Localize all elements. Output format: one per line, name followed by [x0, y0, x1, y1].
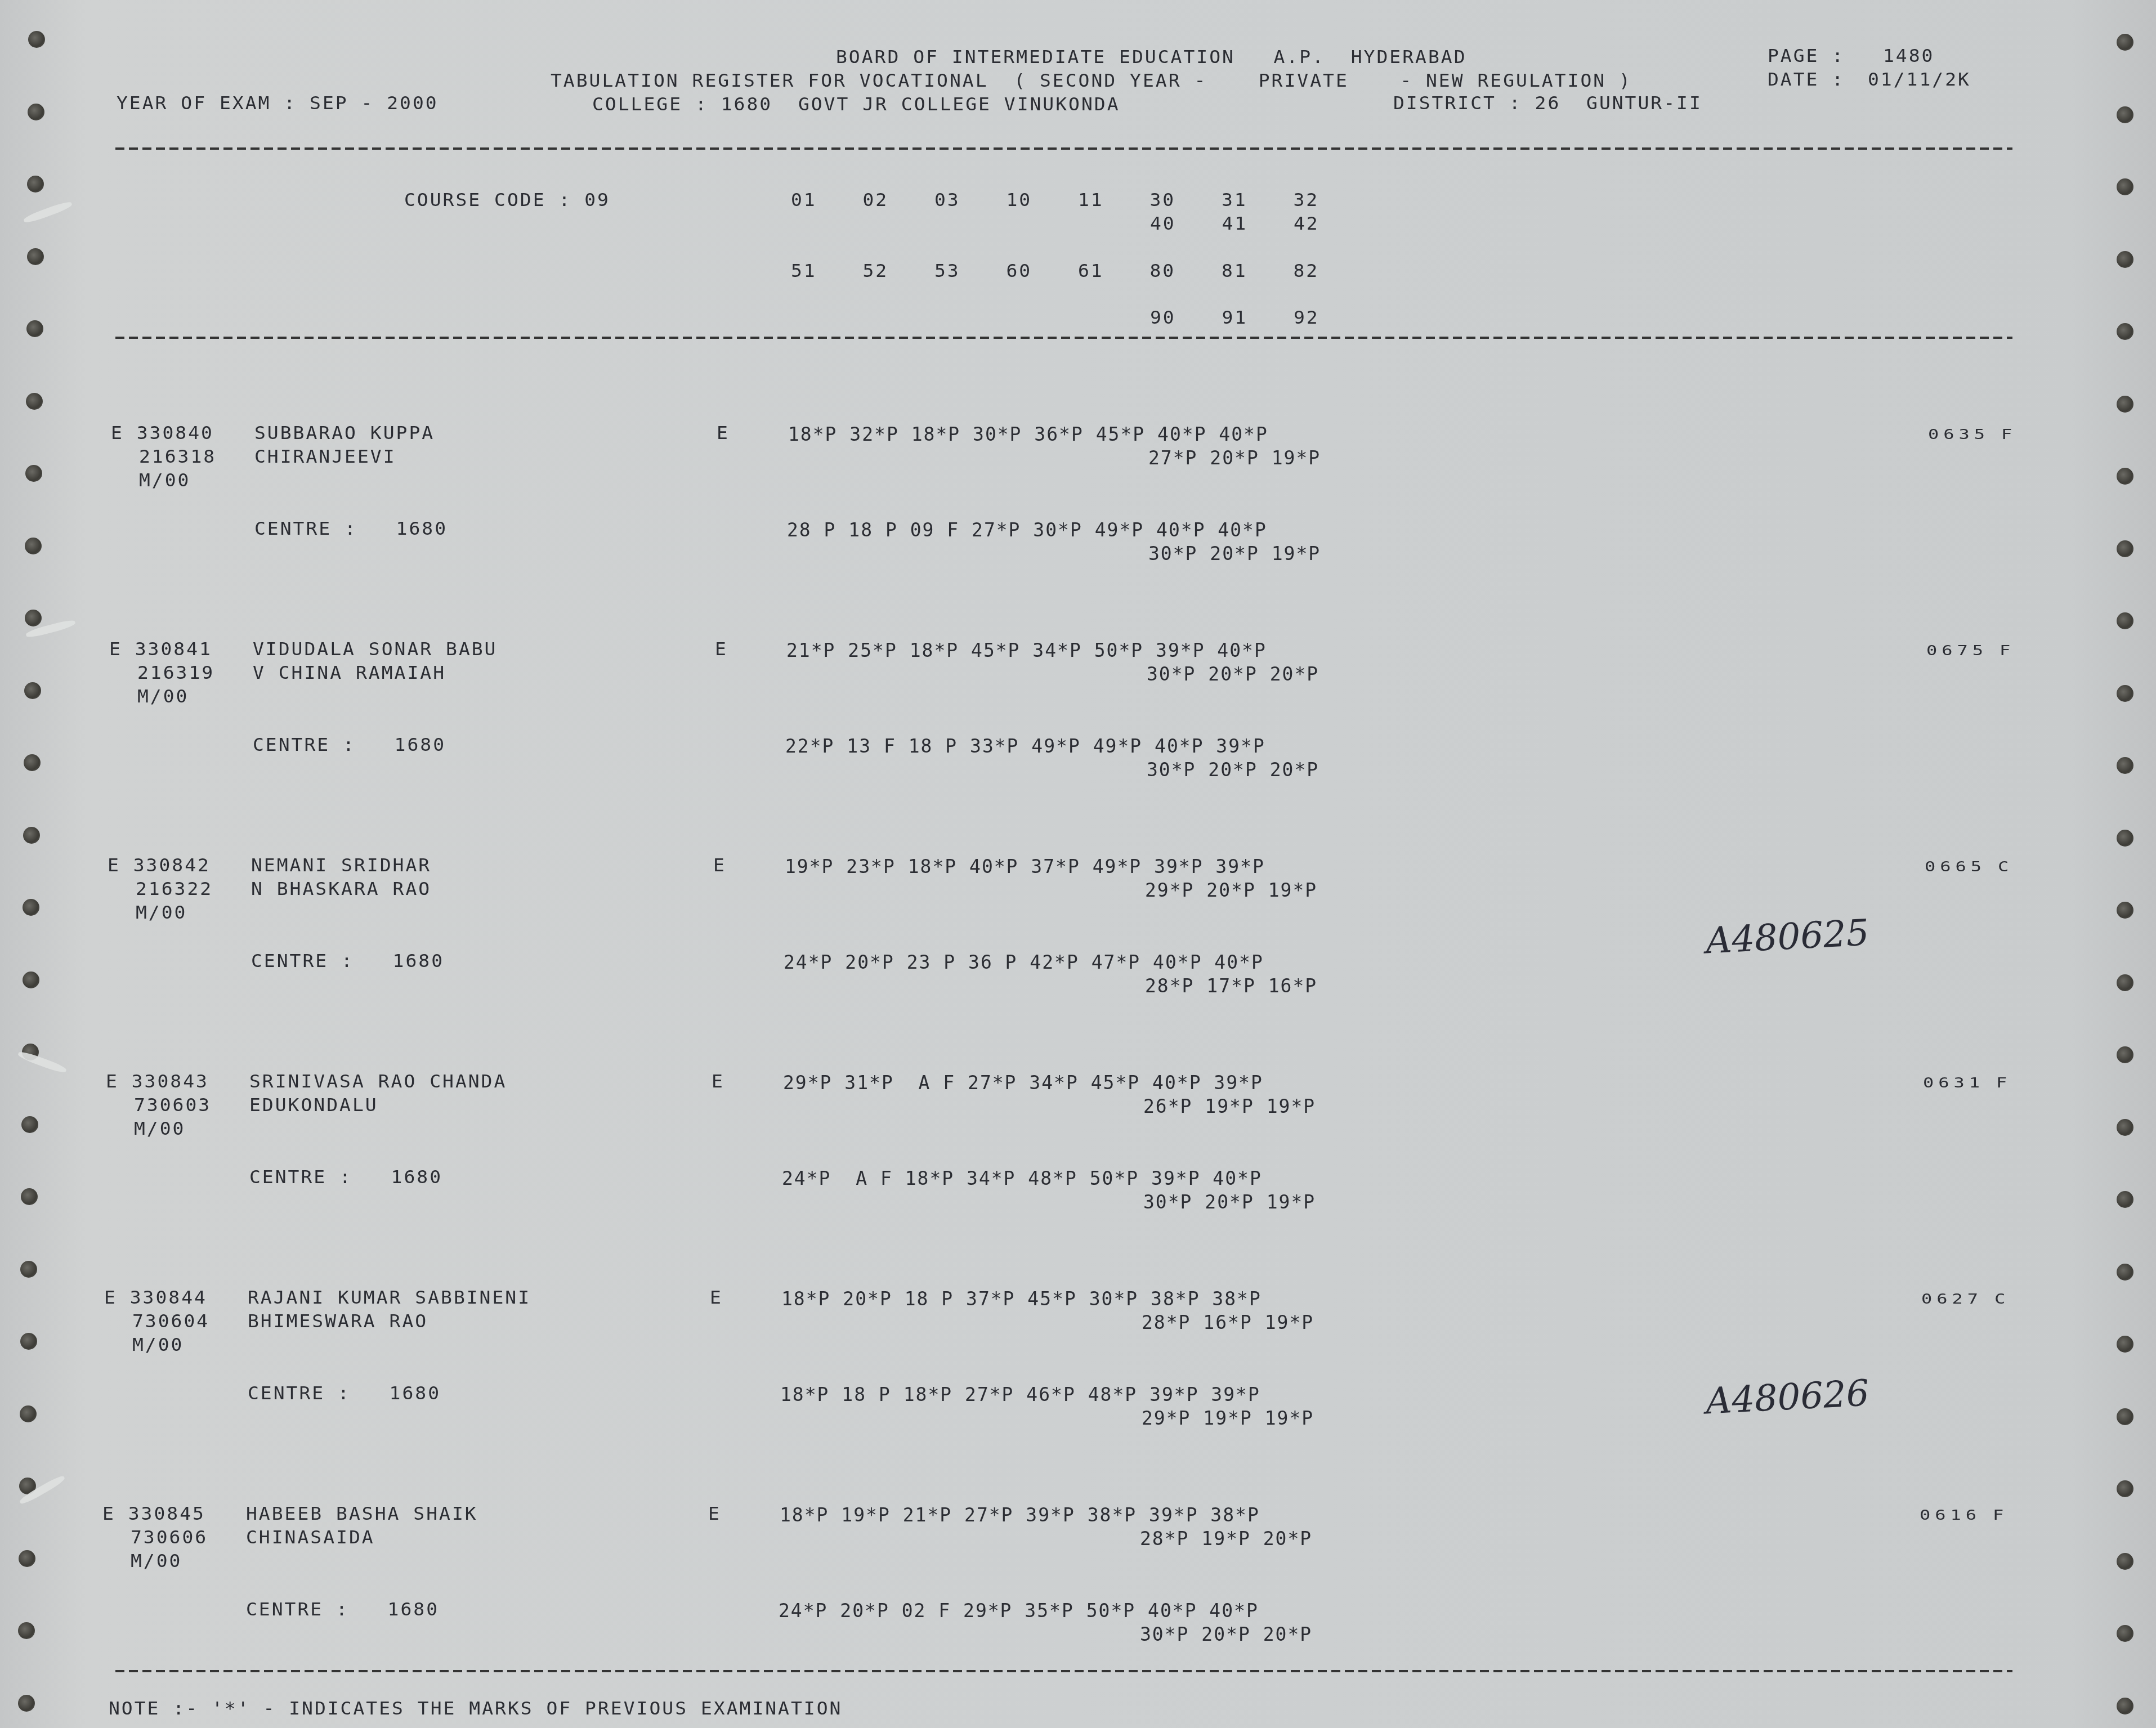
marks-row-2b: 29*P 19*P 19*P [1142, 1407, 1314, 1430]
father-name: V CHINA RAMAIAH [253, 662, 446, 684]
registration-number: 730606 [131, 1527, 208, 1548]
marks-row-1: 21*P 25*P 18*P 45*P 34*P 50*P 39*P 40*P [786, 639, 1267, 662]
result-grade: C [1998, 858, 2013, 875]
subject-code: 31 [1222, 190, 1247, 211]
board-title: BOARD OF INTERMEDIATE EDUCATION A.P. HYD… [836, 47, 1467, 68]
total-marks: 0675 [1926, 642, 1988, 659]
left-tractor-feed [0, 0, 51, 1728]
feed-hole [2117, 1264, 2133, 1281]
father-name: N BHASKARA RAO [251, 879, 431, 900]
subject-code: 41 [1222, 213, 1248, 235]
gender-code: M/00 [139, 470, 190, 491]
feed-hole [27, 248, 44, 265]
gender-code: M/00 [134, 1118, 185, 1140]
feed-hole [18, 1622, 35, 1639]
hall-ticket-number: E 330841 [109, 639, 212, 660]
subject-code: 60 [1007, 261, 1032, 282]
exam-centre: CENTRE : 1680 [253, 735, 446, 756]
subject-code: 42 [1294, 213, 1319, 235]
student-name: SRINIVASA RAO CHANDA [249, 1071, 507, 1093]
feed-hole [20, 1333, 37, 1350]
year-of-exam: YEAR OF EXAM : SEP - 2000 [117, 93, 439, 114]
subject-code: 91 [1222, 307, 1248, 329]
register-title: TABULATION REGISTER FOR VOCATIONAL ( SEC… [551, 70, 1632, 92]
gender-code: M/00 [131, 1551, 182, 1572]
marks-row-1: 18*P 32*P 18*P 30*P 36*P 45*P 40*P 40*P [788, 423, 1268, 446]
result-grade: F [2001, 426, 2016, 443]
marks-row-1: 18*P 20*P 18 P 37*P 45*P 30*P 38*P 38*P [781, 1288, 1262, 1310]
subject-code: 92 [1294, 307, 1319, 329]
subject-code: 02 [863, 190, 889, 211]
father-name: BHIMESWARA RAO [248, 1311, 428, 1332]
feed-hole [2117, 974, 2133, 991]
feed-hole [25, 465, 42, 482]
feed-hole [19, 1550, 35, 1567]
feed-hole [23, 899, 39, 916]
feed-hole [24, 754, 41, 771]
feed-hole [21, 1116, 38, 1133]
total-marks: 0635 [1928, 426, 1989, 443]
marks-row-1b: 29*P 20*P 19*P [1145, 879, 1317, 902]
exam-centre: CENTRE : 1680 [249, 1167, 442, 1188]
medium-code: E [713, 855, 726, 876]
feed-hole [2117, 106, 2133, 123]
registration-number: 216322 [136, 879, 213, 900]
feed-hole [2117, 251, 2133, 268]
student-name: VIDUDALA SONAR BABU [253, 639, 498, 660]
feed-hole [28, 31, 45, 48]
father-name: CHIRANJEEVI [254, 446, 396, 468]
exam-centre: CENTRE : 1680 [251, 951, 444, 972]
registration-number: 730604 [132, 1311, 209, 1332]
marks-row-2: 24*P 20*P 02 F 29*P 35*P 50*P 40*P 40*P [779, 1600, 1259, 1622]
feed-hole [2117, 468, 2133, 485]
marks-row-2: 18*P 18 P 18*P 27*P 46*P 48*P 39*P 39*P [780, 1384, 1260, 1406]
gender-code: M/00 [136, 902, 187, 924]
feed-hole [2117, 685, 2133, 702]
subject-code: 52 [863, 261, 889, 282]
total-marks: 0616 [1920, 1507, 1981, 1524]
feed-hole [2117, 34, 2133, 51]
subject-code: 82 [1294, 261, 1319, 282]
subject-code: 80 [1150, 261, 1176, 282]
student-name: NEMANI SRIDHAR [251, 855, 431, 876]
marks-row-1b: 26*P 19*P 19*P [1143, 1095, 1316, 1118]
feed-hole [2117, 1191, 2133, 1208]
subject-code: 40 [1150, 213, 1176, 235]
feed-hole [2117, 902, 2133, 919]
divider [115, 337, 2012, 339]
student-name: RAJANI KUMAR SABBINENI [248, 1287, 531, 1309]
marks-row-2: 22*P 13 F 18 P 33*P 49*P 49*P 40*P 39*P [785, 735, 1265, 758]
hall-ticket-number: E 330845 [102, 1503, 205, 1525]
hall-ticket-number: E 330840 [111, 423, 214, 444]
student-name: SUBBARAO KUPPA [254, 423, 435, 444]
marks-row-1: 29*P 31*P A F 27*P 34*P 45*P 40*P 39*P [783, 1072, 1263, 1094]
student-name: HABEEB BASHA SHAIK [246, 1503, 478, 1525]
gender-code: M/00 [132, 1335, 184, 1356]
feed-hole [24, 682, 41, 699]
feed-hole [23, 972, 39, 988]
subject-code: 61 [1078, 261, 1104, 282]
divider [115, 1670, 2012, 1672]
marks-row-2: 24*P 20*P 23 P 36 P 42*P 47*P 40*P 40*P [784, 951, 1264, 974]
marks-row-2b: 30*P 20*P 20*P [1140, 1623, 1312, 1646]
feed-hole [2117, 1408, 2133, 1425]
medium-code: E [712, 1071, 724, 1093]
feed-hole [2117, 1119, 2133, 1136]
college-info: COLLEGE : 1680 GOVT JR COLLEGE VINUKONDA [592, 94, 1120, 115]
marks-row-2b: 30*P 20*P 19*P [1148, 543, 1321, 565]
course-code: COURSE CODE : 09 [404, 190, 610, 211]
total-marks: 0627 [1921, 1291, 1983, 1308]
subject-code: 10 [1007, 190, 1032, 211]
marks-row-2b: 30*P 20*P 19*P [1143, 1191, 1316, 1214]
feed-hole [2117, 1480, 2133, 1497]
feed-hole [2117, 1046, 2133, 1063]
marks-row-1b: 27*P 20*P 19*P [1148, 447, 1321, 469]
hall-ticket-number: E 330843 [106, 1071, 209, 1093]
feed-hole [25, 610, 42, 626]
hall-ticket-number: E 330842 [108, 855, 211, 876]
medium-code: E [715, 639, 728, 660]
feed-hole [2117, 396, 2133, 413]
feed-hole [27, 176, 44, 193]
district-info: DISTRICT : 26 GUNTUR-II [1393, 93, 1702, 114]
print-date: 01/11/2K [1868, 69, 1971, 91]
exam-centre: CENTRE : 1680 [248, 1383, 441, 1404]
marks-row-2: 28 P 18 P 09 F 27*P 30*P 49*P 40*P 40*P [787, 519, 1267, 541]
hall-ticket-number: E 330844 [104, 1287, 207, 1309]
subject-code: 32 [1294, 190, 1319, 211]
total-marks: 0665 [1925, 858, 1986, 875]
feed-hole [2117, 830, 2133, 847]
feed-hole [2117, 323, 2133, 340]
feed-hole [2117, 1625, 2133, 1642]
medium-code: E [717, 423, 730, 444]
footer-note: NOTE :- '*' - INDICATES THE MARKS OF PRE… [109, 1698, 842, 1720]
result-grade: F [2000, 642, 2015, 659]
subject-code: 53 [934, 261, 960, 282]
marks-row-1b: 28*P 16*P 19*P [1142, 1311, 1314, 1334]
marks-row-2: 24*P A F 18*P 34*P 48*P 50*P 39*P 40*P [782, 1167, 1262, 1190]
marks-row-2b: 28*P 17*P 16*P [1145, 975, 1317, 997]
feed-hole [26, 320, 43, 337]
registration-number: 216319 [137, 662, 214, 684]
marks-row-1: 18*P 19*P 21*P 27*P 39*P 38*P 39*P 38*P [780, 1504, 1260, 1526]
feed-hole [2117, 540, 2133, 557]
feed-hole [2117, 757, 2133, 774]
feed-hole [18, 1695, 35, 1712]
subject-code: 51 [791, 261, 817, 282]
date-label: DATE : [1768, 69, 1845, 91]
subject-code: 90 [1150, 307, 1176, 329]
subject-code: 11 [1078, 190, 1104, 211]
feed-hole [23, 827, 40, 844]
handwritten-annotation: A480625 [1705, 912, 1870, 962]
result-grade: F [1993, 1507, 2008, 1524]
feed-hole [2117, 178, 2133, 195]
father-name: CHINASAIDA [246, 1527, 375, 1548]
tabulation-register-sheet: BOARD OF INTERMEDIATE EDUCATION A.P. HYD… [0, 0, 2156, 1728]
right-tractor-feed [2105, 0, 2156, 1728]
page-label: PAGE : [1768, 46, 1845, 67]
divider [115, 147, 2012, 150]
registration-number: 216318 [139, 446, 216, 468]
feed-hole [2117, 1336, 2133, 1353]
feed-hole [20, 1261, 37, 1278]
gender-code: M/00 [137, 686, 189, 708]
marks-row-1b: 30*P 20*P 20*P [1147, 663, 1319, 686]
subject-code: 81 [1222, 261, 1247, 282]
feed-hole [2117, 612, 2133, 629]
feed-hole [28, 104, 44, 120]
father-name: EDUKONDALU [249, 1095, 378, 1116]
subject-code: 30 [1150, 190, 1176, 211]
total-marks: 0631 [1923, 1075, 1984, 1091]
marks-row-1b: 28*P 19*P 20*P [1140, 1528, 1312, 1550]
subject-code: 01 [791, 190, 817, 211]
marks-row-2b: 30*P 20*P 20*P [1147, 759, 1319, 781]
feed-hole [2117, 1553, 2133, 1570]
feed-hole [25, 538, 42, 554]
feed-hole [21, 1188, 38, 1205]
registration-number: 730603 [134, 1095, 211, 1116]
page-number: 1480 [1883, 46, 1934, 67]
result-grade: C [1994, 1291, 2010, 1308]
marks-row-1: 19*P 23*P 18*P 40*P 37*P 49*P 39*P 39*P [785, 856, 1265, 878]
exam-centre: CENTRE : 1680 [254, 518, 448, 540]
handwritten-annotation: A480626 [1705, 1372, 1870, 1422]
medium-code: E [708, 1503, 721, 1525]
feed-hole [2117, 1698, 2133, 1714]
feed-hole [26, 393, 43, 410]
result-grade: F [1996, 1075, 2011, 1091]
subject-code: 03 [934, 190, 960, 211]
medium-code: E [710, 1287, 723, 1309]
exam-centre: CENTRE : 1680 [246, 1599, 439, 1620]
feed-hole [20, 1405, 37, 1422]
